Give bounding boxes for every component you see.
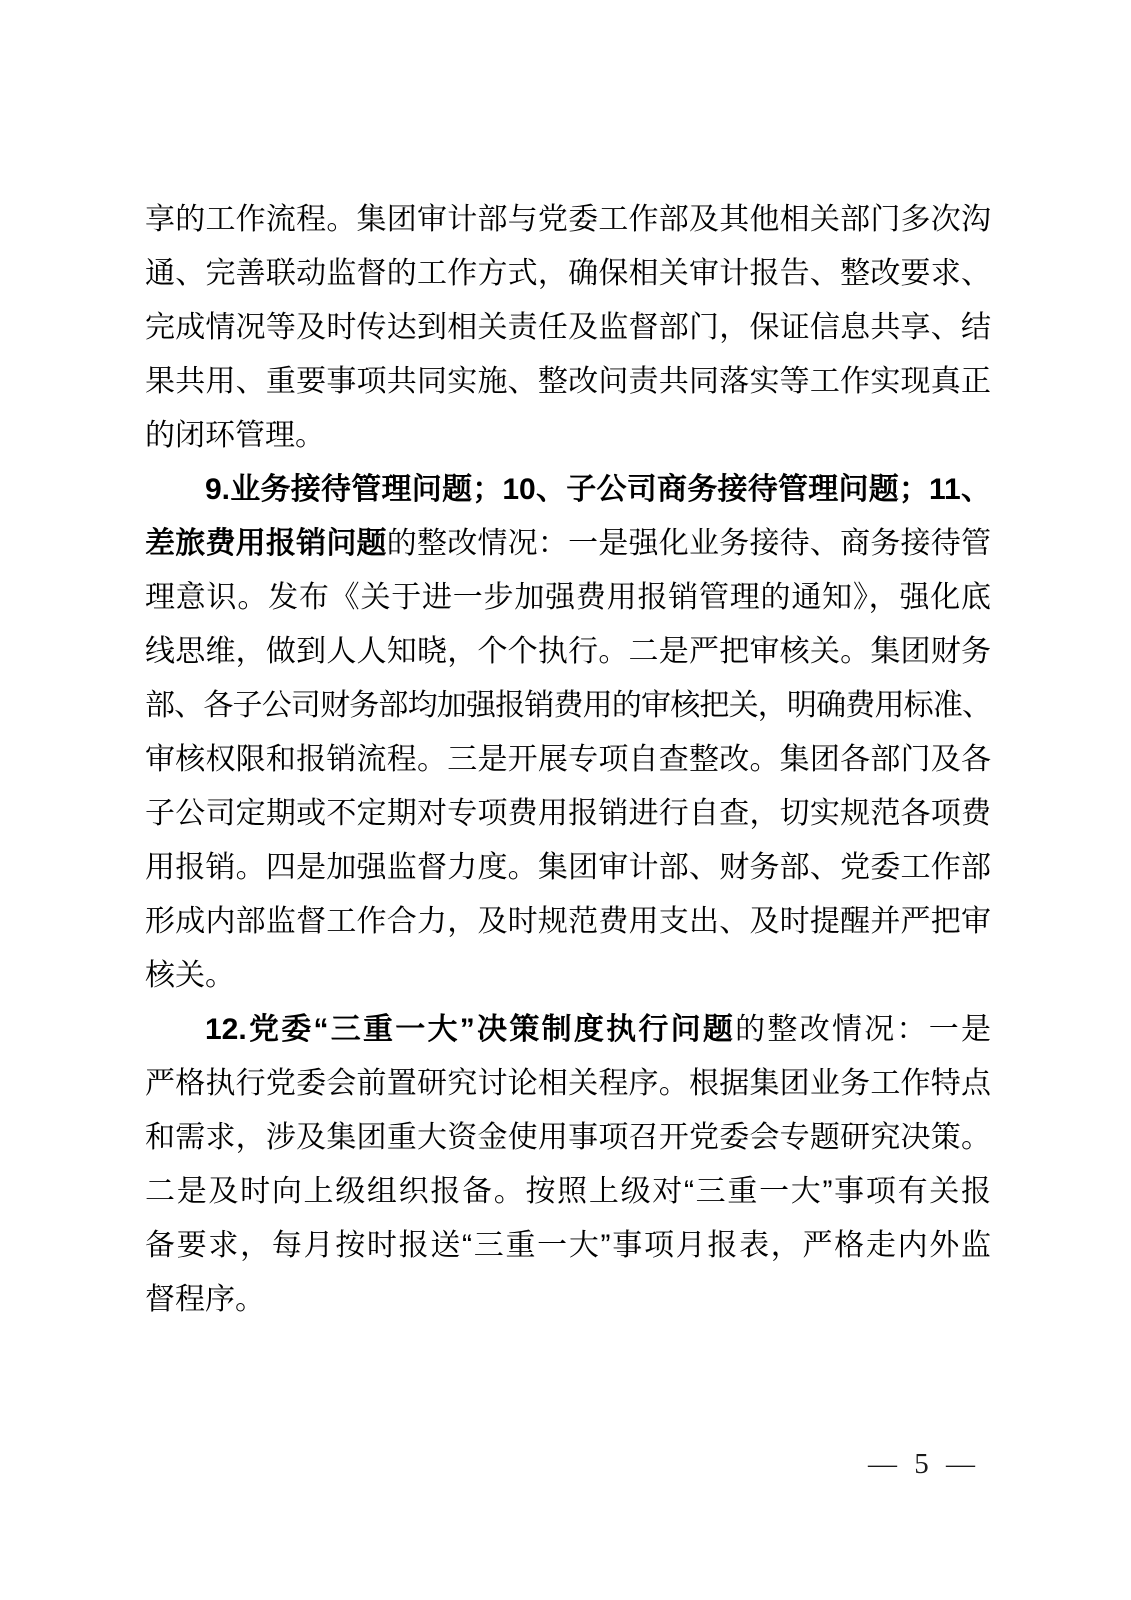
text-line: 完成情况等及时传达到相关责任及监督部门，保证信息共享、结 (145, 301, 991, 355)
text-run: 用报销。四是加强监督力度。集团审计部、财务部、党委工作部 (145, 851, 991, 884)
text-run: 督程序。 (145, 1283, 265, 1316)
text-run: 的整改情况：一是 (735, 1013, 991, 1046)
text-line: 享的工作流程。集团审计部与党委工作部及其他相关部门多次沟 (145, 193, 991, 247)
text-run: 审核权限和报销流程。三是开展专项自查整改。集团各部门及各 (145, 743, 991, 776)
text-line: 果共用、重要事项共同实施、整改问责共同落实等工作实现真正 (145, 355, 991, 409)
text-run: 核关。 (145, 959, 235, 992)
text-run: 通、完善联动监督的工作方式，确保相关审计报告、整改要求、 (145, 257, 991, 290)
text-line: 线思维，做到人人知晓，个个执行。二是严把审核关。集团财务 (145, 625, 991, 679)
page-number: — 5 — (868, 1446, 975, 1482)
text-line: 备要求，每月按时报送“三重一大”事项月报表，严格走内外监 (145, 1219, 991, 1273)
document-page: 享的工作流程。集团审计部与党委工作部及其他相关部门多次沟通、完善联动监督的工作方… (0, 0, 1131, 1600)
text-run: 理意识。发布《关于进一步加强费用报销管理的通知》，强化底 (145, 581, 991, 614)
text-line: 严格执行党委会前置研究讨论相关程序。根据集团业务工作特点 (145, 1057, 991, 1111)
text-line: 用报销。四是加强监督力度。集团审计部、财务部、党委工作部 (145, 841, 991, 895)
text-run: 备要求，每月按时报送“三重一大”事项月报表，严格走内外监 (145, 1229, 991, 1262)
paragraph: 享的工作流程。集团审计部与党委工作部及其他相关部门多次沟通、完善联动监督的工作方… (145, 193, 991, 463)
text-line: 和需求，涉及集团重大资金使用事项召开党委会专题研究决策。 (145, 1111, 991, 1165)
text-line: 部、各子公司财务部均加强报销费用的审核把关，明确费用标准、 (145, 679, 991, 733)
text-line: 二是及时向上级组织报备。按照上级对“三重一大”事项有关报 (145, 1165, 991, 1219)
text-line: 12.党委“三重一大”决策制度执行问题的整改情况：一是 (145, 1003, 991, 1057)
text-line: 差旅费用报销问题的整改情况：一是强化业务接待、商务接待管 (145, 517, 991, 571)
text-line: 审核权限和报销流程。三是开展专项自查整改。集团各部门及各 (145, 733, 991, 787)
text-run: 果共用、重要事项共同实施、整改问责共同落实等工作实现真正 (145, 365, 991, 398)
text-run: 子公司定期或不定期对专项费用报销进行自查，切实规范各项费 (145, 797, 991, 830)
bold-text-run: 差旅费用报销问题 (145, 527, 387, 560)
bold-text-run: 9.业务接待管理问题；10、子公司商务接待管理问题；11、 (205, 473, 991, 506)
text-line: 9.业务接待管理问题；10、子公司商务接待管理问题；11、 (145, 463, 991, 517)
text-line: 理意识。发布《关于进一步加强费用报销管理的通知》，强化底 (145, 571, 991, 625)
text-run: 线思维，做到人人知晓，个个执行。二是严把审核关。集团财务 (145, 635, 991, 668)
paragraph: 12.党委“三重一大”决策制度执行问题的整改情况：一是严格执行党委会前置研究讨论… (145, 1003, 991, 1327)
text-run: 形成内部监督工作合力，及时规范费用支出、及时提醒并严把审 (145, 905, 991, 938)
text-line: 通、完善联动监督的工作方式，确保相关审计报告、整改要求、 (145, 247, 991, 301)
text-run: 严格执行党委会前置研究讨论相关程序。根据集团业务工作特点 (145, 1067, 991, 1100)
text-line: 子公司定期或不定期对专项费用报销进行自查，切实规范各项费 (145, 787, 991, 841)
text-run: 的闭环管理。 (145, 419, 325, 452)
text-run: 享的工作流程。集团审计部与党委工作部及其他相关部门多次沟 (145, 203, 991, 236)
text-run: 的整改情况：一是强化业务接待、商务接待管 (387, 527, 991, 560)
text-run: 二是及时向上级组织报备。按照上级对“三重一大”事项有关报 (145, 1175, 991, 1208)
paragraph: 9.业务接待管理问题；10、子公司商务接待管理问题；11、差旅费用报销问题的整改… (145, 463, 991, 1003)
bold-text-run: 12.党委“三重一大”决策制度执行问题 (205, 1013, 735, 1046)
text-line: 形成内部监督工作合力，及时规范费用支出、及时提醒并严把审 (145, 895, 991, 949)
document-body: 享的工作流程。集团审计部与党委工作部及其他相关部门多次沟通、完善联动监督的工作方… (145, 193, 991, 1327)
text-run: 部、各子公司财务部均加强报销费用的审核把关，明确费用标准、 (145, 689, 991, 722)
text-run: 和需求，涉及集团重大资金使用事项召开党委会专题研究决策。 (145, 1121, 991, 1154)
text-line: 核关。 (145, 949, 991, 1003)
text-line: 的闭环管理。 (145, 409, 991, 463)
text-run: 完成情况等及时传达到相关责任及监督部门，保证信息共享、结 (145, 311, 991, 344)
text-line: 督程序。 (145, 1273, 991, 1327)
